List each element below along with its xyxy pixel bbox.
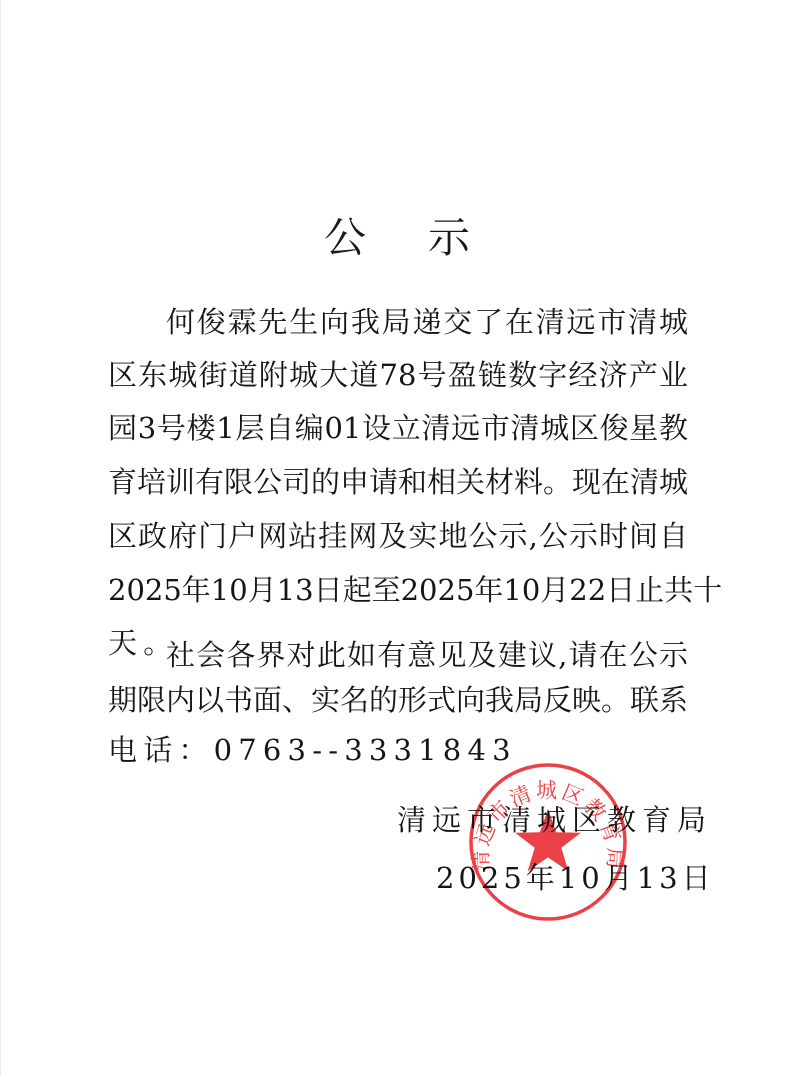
paragraph-1-line-3: 园3号楼1层自编01设立清远市清城区俊星教 (108, 408, 688, 448)
page-edge (0, 0, 1, 1077)
paragraph-1-line-6: 2025年10月13日起至2025年10月22日止共十 (108, 570, 688, 610)
paragraph-1-line-2: 区东城街道附城大道78号盈链数字经济产业 (108, 355, 688, 395)
paragraph-1-line-4: 育培训有限公司的申请和相关材料。现在清城 (108, 462, 688, 502)
paragraph-2-line-1: 社会各界对此如有意见及建议,请在公示 (166, 635, 688, 675)
document-title: 公示 (0, 208, 794, 268)
paragraph-2-line-2: 期限内以书面、实名的形式向我局反映。联系 (108, 680, 688, 720)
paragraph-1-line-5: 区政府门户网站挂网及实地公示,公示时间自 (108, 516, 688, 556)
star-icon (515, 809, 581, 871)
official-seal-stamp: 清远市清城区教育局 (467, 761, 629, 923)
paragraph-1-line-1: 何俊霖先生向我局递交了在清远市清城 (166, 302, 688, 342)
